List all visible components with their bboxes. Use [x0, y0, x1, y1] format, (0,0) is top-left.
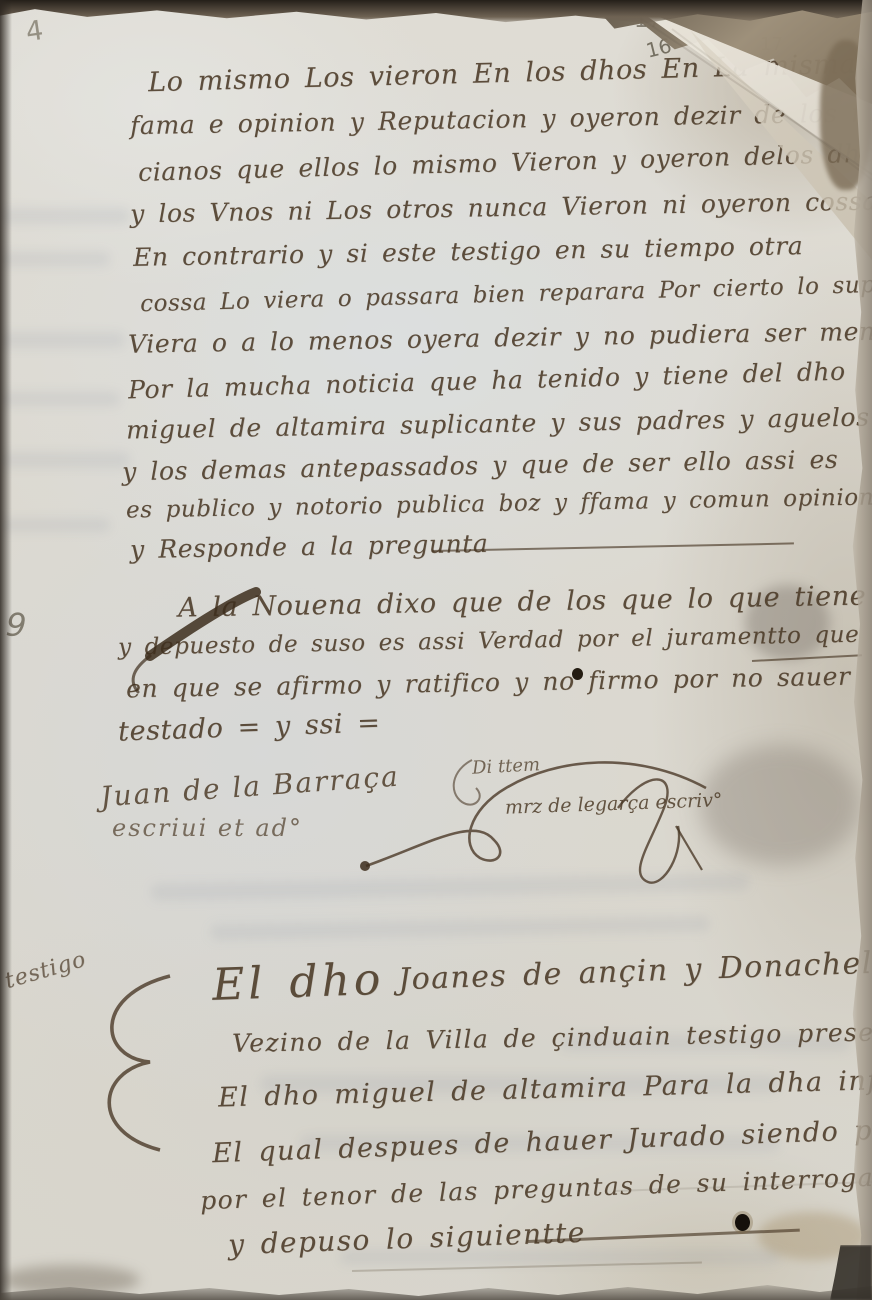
show-through — [0, 332, 125, 348]
signature-right-name: mrz de legarça escriv° — [505, 789, 723, 819]
opening-words: El dho — [211, 954, 385, 1011]
signature-right-note: Di ttem — [471, 754, 540, 779]
show-through — [0, 452, 130, 468]
show-through — [0, 208, 130, 224]
testigo-bracket — [109, 976, 170, 1150]
margin-note-testigo: testigo — [2, 947, 89, 994]
manuscript-line: El dho miguel de altamira Para la dha in… — [218, 1062, 872, 1114]
manuscript-line: y los Vnos ni Los otros nunca Vieron ni … — [130, 186, 872, 228]
show-through — [0, 252, 110, 266]
manuscript-line: cianos que ellos lo mismo Vieron y oyero… — [138, 138, 872, 187]
binding-edge — [0, 0, 12, 1300]
opening-rest: Joanes de ançin y Donachele — [398, 945, 872, 997]
manuscript-line: testado = y ssi = — [118, 707, 381, 747]
manuscript-line: y los demas antepassados y que de ser el… — [122, 445, 839, 486]
manuscript-line: Vezino de la Villa de çinduain testigo p… — [232, 1015, 872, 1058]
manuscript-line: y Responde a la pregunta — [130, 529, 489, 564]
manuscript-page: 4 17 16 17 9 Lo mismo Los vieron En los … — [0, 0, 872, 1300]
manuscript-line-opening: El dhoJoanes de ançin y Donachele — [211, 936, 872, 1011]
manuscript-line: en que se afirmo y ratifico y no firmo p… — [126, 662, 851, 704]
show-through — [0, 518, 110, 532]
paraph-blot — [360, 861, 370, 871]
signature-left-sub: escriui et ad° — [112, 814, 303, 842]
manuscript-line: cossa Lo viera o passara bien reparara P… — [140, 271, 872, 318]
wormhole — [735, 1214, 750, 1231]
manuscript-line: En contrario y si este testigo en su tie… — [133, 231, 804, 272]
show-through — [210, 916, 710, 941]
manuscript-line: es publico y notorio publica boz y ffama… — [126, 484, 872, 523]
manuscript-line: El qual despues de hauer Jurado siendo p… — [212, 1110, 872, 1169]
show-through — [150, 873, 750, 901]
manuscript-line: y depuesto de suso es assi Verdad por el… — [118, 619, 872, 660]
show-through — [0, 392, 120, 406]
manuscript-line: Por la mucha noticia que ha tenido y tie… — [128, 357, 846, 405]
folio-number-top-left: 4 — [24, 15, 45, 48]
manuscript-line: Viera o a lo menos oyera dezir y no pudi… — [128, 316, 872, 359]
ink-smudge — [700, 745, 860, 865]
rubric-stroke — [676, 826, 702, 870]
manuscript-line: miguel de altamira suplicante y sus padr… — [126, 403, 870, 445]
signature-left-name: Juan de la Barraça — [99, 760, 401, 814]
